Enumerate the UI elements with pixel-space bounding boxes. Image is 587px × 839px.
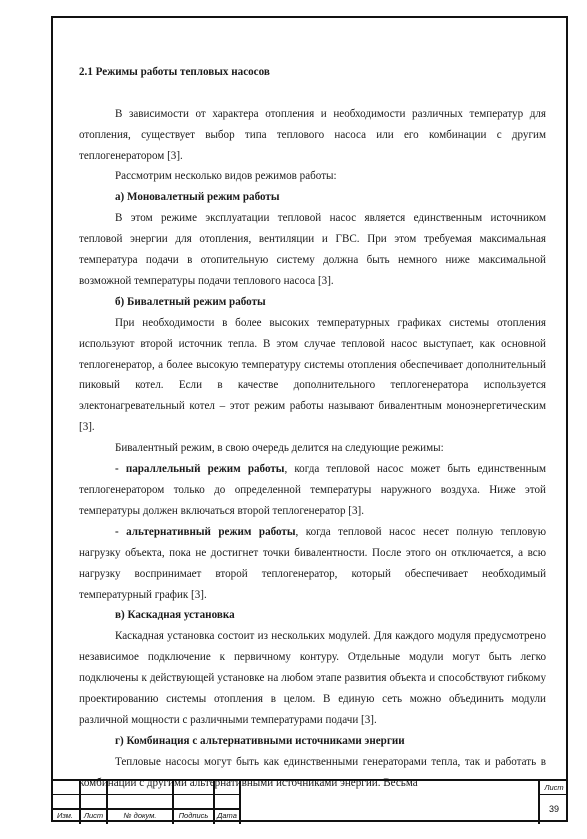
subheading: а) Моновалетный режим работы [79,187,546,208]
sheet-number: 39 [540,797,568,821]
title-block: Изм. Лист № докум. Подпись Дата Лист 39 [51,779,568,822]
paragraph: В зависимости от характера отопления и н… [79,104,546,167]
list-paragraph: - параллельный режим работы, когда тепло… [79,459,546,522]
paragraph: Каскадная установка состоит из нескольки… [79,626,546,731]
list-paragraph: - альтернативный режим работы, когда теп… [79,522,546,606]
subheading: г) Комбинация с альтернативными источник… [79,731,546,752]
label-izm: Изм. [51,810,79,822]
paragraph: В этом режиме эксплуатации тепловой насо… [79,208,546,292]
paragraph: Рассмотрим несколько видов режимов работ… [79,166,546,187]
section-heading: 2.1 Режимы работы тепловых насосов [79,62,546,83]
paragraph: При необходимости в более высоких темпер… [79,313,546,438]
label-doc-number: № докум. [108,810,172,822]
subheading: б) Бивалетный режим работы [79,292,546,313]
label-list: Лист [81,810,106,822]
document-body: 2.1 Режимы работы тепловых насосов В зав… [79,41,546,794]
label-signature: Подпись [174,810,213,822]
bold-lead: - параллельный режим работы [115,463,284,475]
paragraph: Бивалентный режим, в свою очередь делитс… [79,438,546,459]
label-date: Дата [215,810,239,822]
sheet-label: Лист [540,782,568,794]
bold-lead: - альтернативный режим работы [115,526,296,538]
subheading: в) Каскадная установка [79,605,546,626]
paragraphs: В зависимости от характера отопления и н… [79,104,546,794]
